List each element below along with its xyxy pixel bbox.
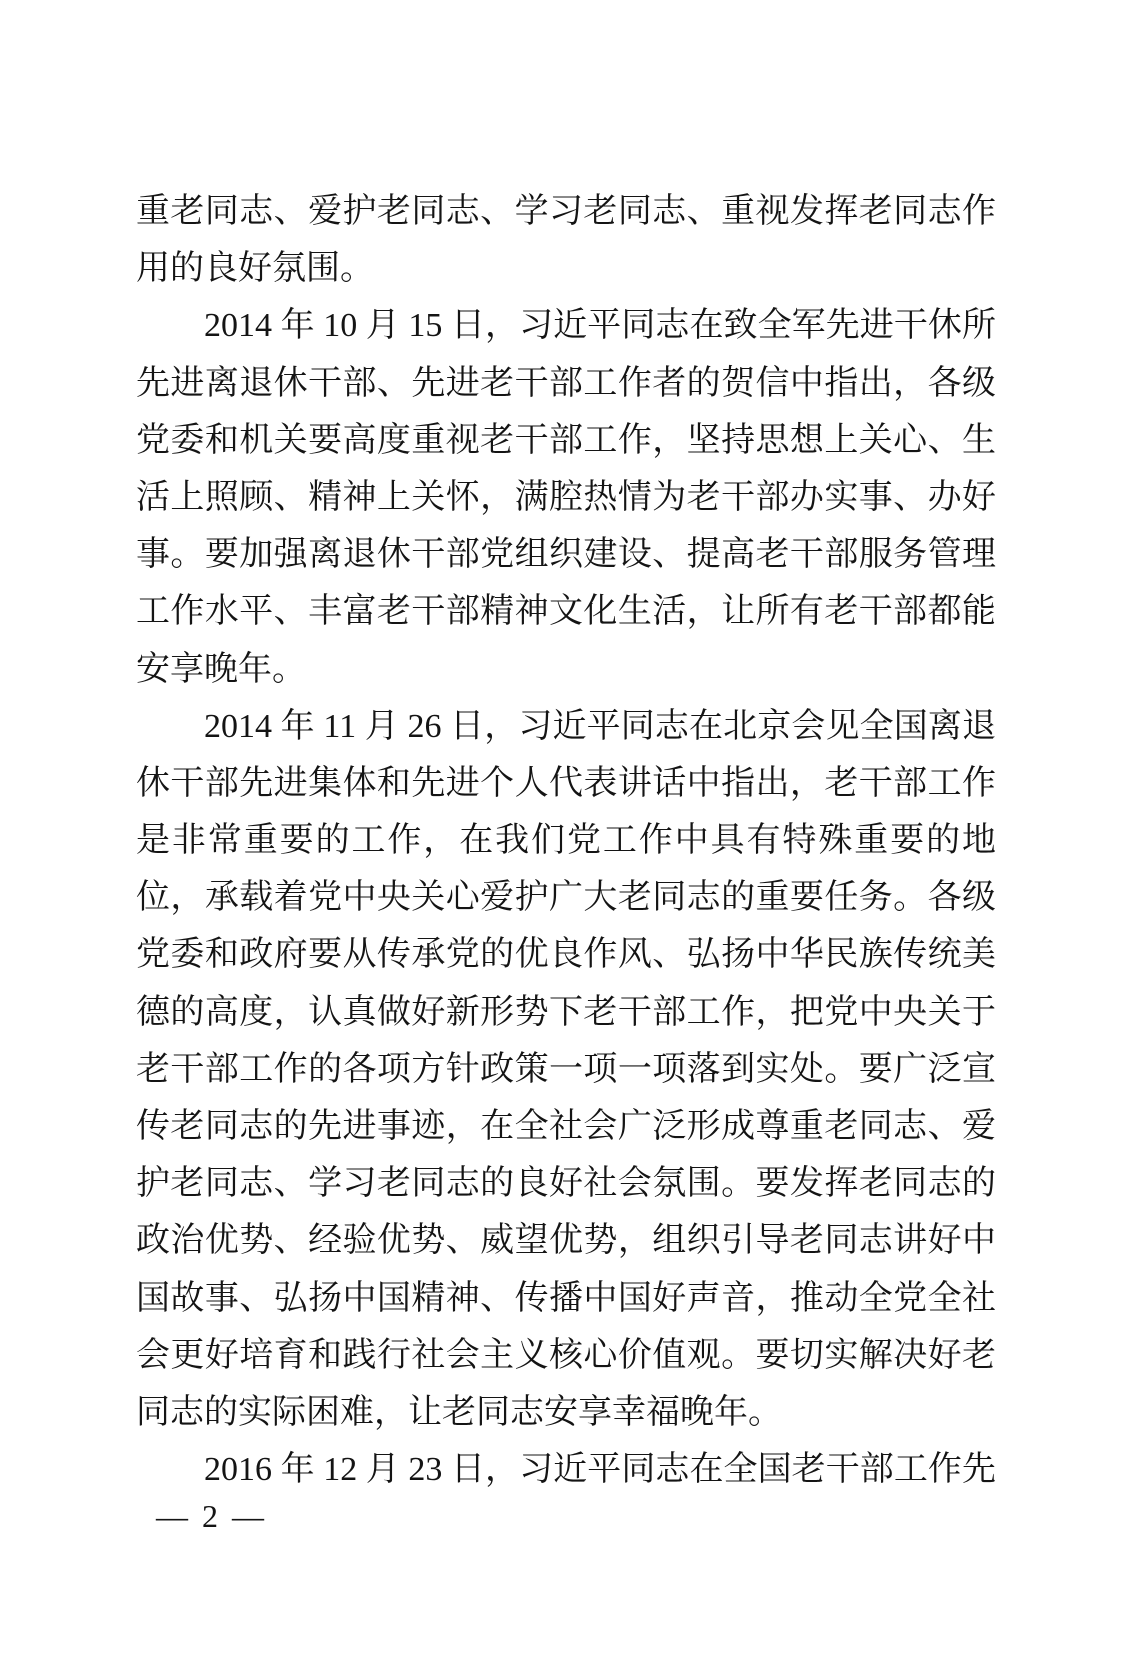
text-line: 同志的实际困难，让老同志安享幸福晚年。	[136, 1384, 996, 1441]
text-line: 传老同志的先进事迹，在全社会广泛形成尊重老同志、爱	[136, 1098, 996, 1155]
text-line: 2016 年 12 月 23 日，习近平同志在全国老干部工作先	[136, 1441, 996, 1498]
document-page: 重老同志、爱护老同志、学习老同志、重视发挥老同志作用的良好氛围。2014 年 1…	[0, 0, 1142, 1654]
text-line: 事。要加强离退休干部党组织建设、提高老干部服务管理	[136, 526, 996, 583]
text-line: 先进离退休干部、先进老干部工作者的贺信中指出，各级	[136, 355, 996, 412]
text-line: 国故事、弘扬中国精神、传播中国好声音，推动全党全社	[136, 1270, 996, 1327]
text-line: 德的高度，认真做好新形势下老干部工作，把党中央关于	[136, 984, 996, 1041]
text-line: 工作水平、丰富老干部精神文化生活，让所有老干部都能	[136, 583, 996, 640]
text-line: 位，承载着党中央关心爱护广大老同志的重要任务。各级	[136, 869, 996, 926]
body-text-block: 重老同志、爱护老同志、学习老同志、重视发挥老同志作用的良好氛围。2014 年 1…	[136, 183, 996, 1498]
text-line: 2014 年 10 月 15 日，习近平同志在致全军先进干休所	[136, 297, 996, 354]
text-line: 政治优势、经验优势、威望优势，组织引导老同志讲好中	[136, 1212, 996, 1269]
text-line: 会更好培育和践行社会主义核心价值观。要切实解决好老	[136, 1327, 996, 1384]
text-line: 安享晚年。	[136, 641, 996, 698]
text-line: 党委和机关要高度重视老干部工作，坚持思想上关心、生	[136, 412, 996, 469]
text-line: 2014 年 11 月 26 日，习近平同志在北京会见全国离退	[136, 698, 996, 755]
text-line: 是非常重要的工作，在我们党工作中具有特殊重要的地	[136, 812, 996, 869]
text-line: 休干部先进集体和先进个人代表讲话中指出，老干部工作	[136, 755, 996, 812]
text-line: 活上照顾、精神上关怀，满腔热情为老干部办实事、办好	[136, 469, 996, 526]
page-number: — 2 —	[156, 1494, 267, 1538]
text-line: 党委和政府要从传承党的优良作风、弘扬中华民族传统美	[136, 926, 996, 983]
text-line: 老干部工作的各项方针政策一项一项落到实处。要广泛宣	[136, 1041, 996, 1098]
text-line: 护老同志、学习老同志的良好社会氛围。要发挥老同志的	[136, 1155, 996, 1212]
text-line: 用的良好氛围。	[136, 240, 996, 297]
text-line: 重老同志、爱护老同志、学习老同志、重视发挥老同志作	[136, 183, 996, 240]
